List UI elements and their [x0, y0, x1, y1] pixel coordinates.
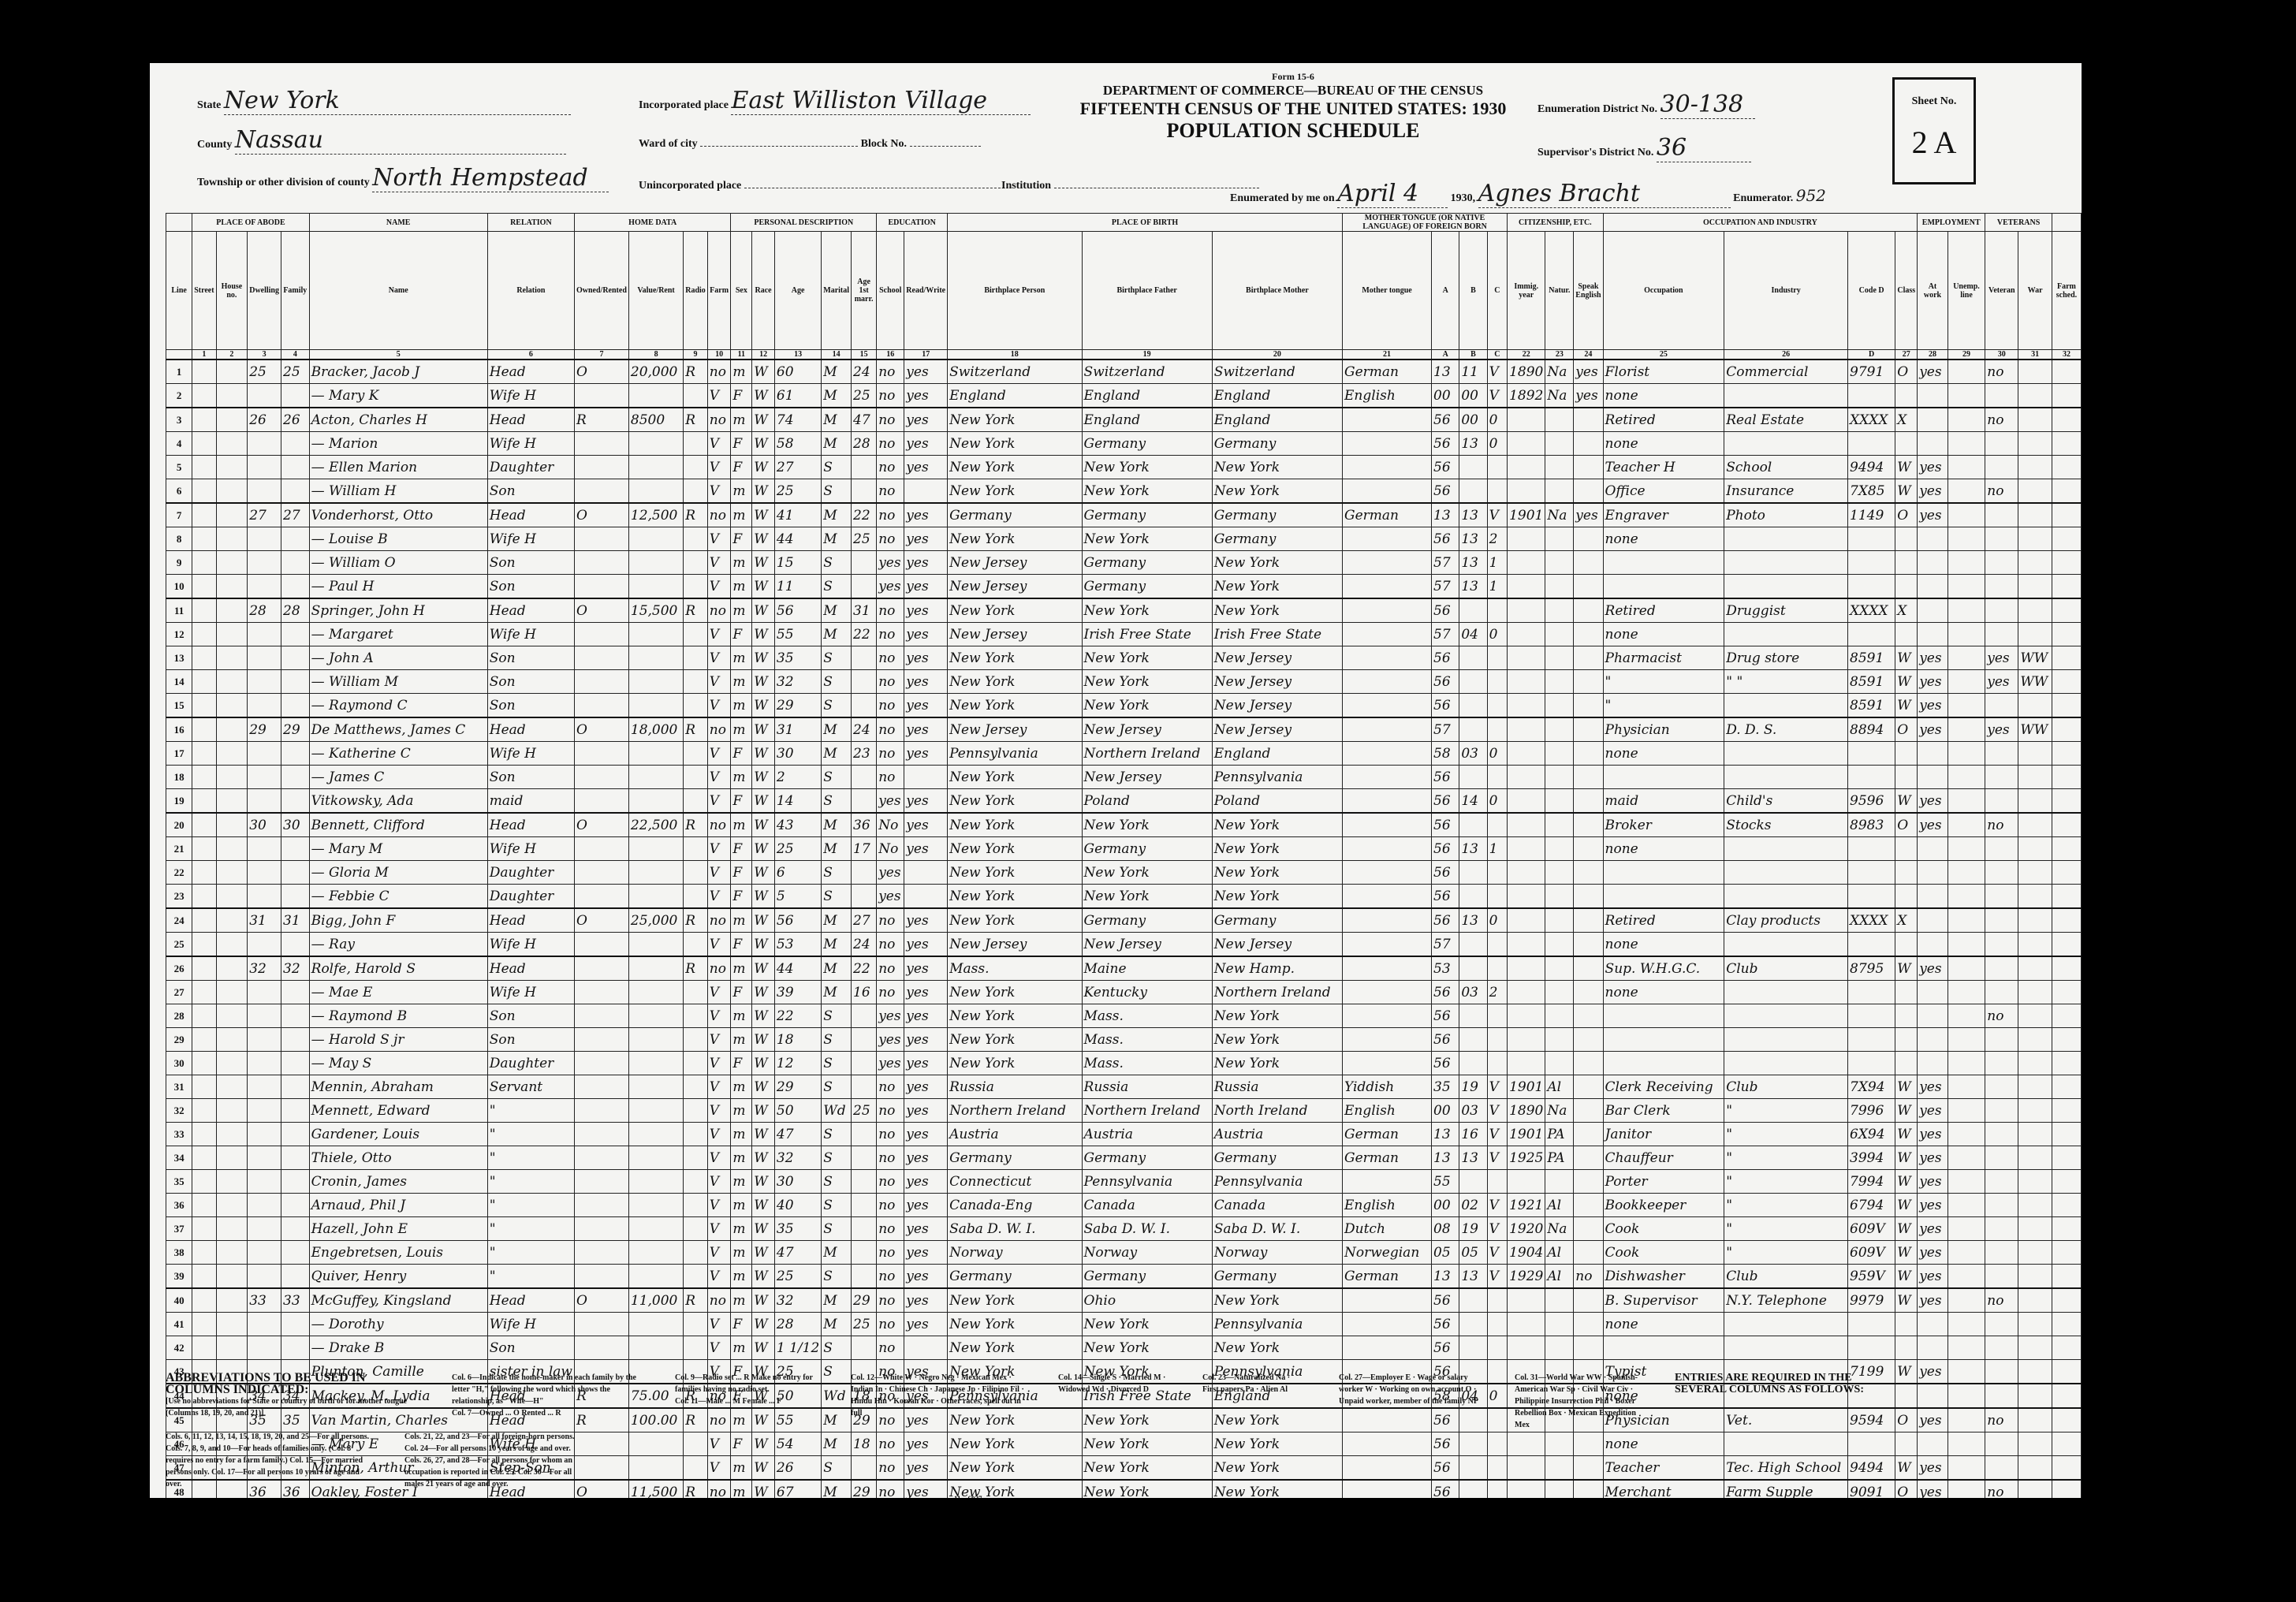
cell-name: Engebretsen, Louis: [309, 1241, 487, 1265]
cell-unemp: [1947, 646, 1985, 670]
cell-bf: Russia: [1082, 1075, 1212, 1099]
cell-imm: [1508, 885, 1545, 909]
cell-name: Bracker, Jacob J: [309, 360, 487, 384]
cell-bf: Germany: [1082, 551, 1212, 575]
cell-val: [628, 1217, 683, 1241]
cell-eng: [1574, 479, 1603, 504]
cell-sch: no: [877, 1528, 904, 1552]
cell-c: [1487, 1288, 1508, 1313]
cell-house: [216, 503, 248, 527]
cell-sex: F: [731, 981, 752, 1004]
cell-c: [1487, 1336, 1508, 1360]
cell-farmsch: [2052, 1288, 2081, 1313]
cell-tongue: German: [1343, 1123, 1432, 1146]
cell-cls: W: [1895, 789, 1918, 814]
cell-age: 29: [774, 1075, 821, 1099]
cell-war: [2018, 1288, 2052, 1313]
cell-fam: [281, 766, 310, 789]
cell-val: [628, 670, 683, 694]
cell-own: [574, 1004, 628, 1028]
cell-rw: yes: [904, 646, 948, 670]
cell-a: 56: [1432, 1313, 1459, 1336]
cell-war: [2018, 789, 2052, 814]
cell-name: — Raymond B: [309, 1004, 487, 1028]
cell-war: [2018, 1504, 2052, 1528]
cell-mar: M: [822, 360, 852, 384]
cell-bm: New York: [1212, 885, 1342, 909]
cell-farm: no: [707, 598, 731, 623]
cell-name: Bennett, Clifford: [309, 813, 487, 837]
cell-farmsch: [2052, 575, 2081, 599]
cell-radio: [684, 1004, 708, 1028]
cell-bf: New York: [1082, 813, 1212, 837]
cell-dw: [248, 1004, 281, 1028]
cell-imm: [1508, 1028, 1545, 1052]
cell-code: [1848, 623, 1895, 646]
cell-mar: S: [822, 479, 852, 504]
cell-fam: [281, 527, 310, 551]
cell-tongue: [1343, 742, 1432, 766]
cell-house: [216, 360, 248, 384]
cell-farmsch: [2052, 1265, 2081, 1289]
cell-sex: F: [731, 384, 752, 408]
cell-farm: V: [707, 933, 731, 957]
cell-val: [628, 1194, 683, 1217]
cell-farm: no: [707, 503, 731, 527]
cell-nat: [1545, 956, 1574, 981]
cell-radio: [684, 479, 708, 504]
cell-street: [192, 1099, 216, 1123]
cell-house: [216, 1075, 248, 1099]
cell-fam: 26: [281, 408, 310, 432]
cell-farm: V: [707, 527, 731, 551]
cell-street: [192, 717, 216, 742]
cell-sex: m: [731, 551, 752, 575]
cell-bf: Germany: [1082, 575, 1212, 599]
cell-unemp: [1947, 1528, 1985, 1552]
cell-own: [574, 1075, 628, 1099]
cell-farmsch: [2052, 837, 2081, 861]
cell-bf: Switzerland: [1082, 360, 1212, 384]
cell-bf: New York: [1082, 1528, 1212, 1552]
table-row: 29— Harold S jrSonVmW18SyesyesNew YorkMa…: [166, 1028, 2082, 1052]
cell-val: [628, 789, 683, 814]
ed-field: Enumeration District No. 30-138: [1537, 91, 1755, 119]
cell-cls: [1895, 575, 1918, 599]
cell-race: W: [752, 1241, 775, 1265]
cell-b: 14: [1459, 789, 1487, 814]
cell-name: Springer, John H: [309, 598, 487, 623]
cell-age: 1 1/12: [774, 1336, 821, 1360]
cell-cls: W: [1895, 1217, 1918, 1241]
cell-am: 27: [852, 908, 877, 933]
cell-age: 74: [774, 408, 821, 432]
cell-nat: Na: [1545, 1099, 1574, 1123]
cell-house: [216, 1336, 248, 1360]
cell-val: 20,000: [628, 360, 683, 384]
cell-sch: no: [877, 1123, 904, 1146]
cell-house: [216, 861, 248, 885]
cell-street: [192, 837, 216, 861]
cell-ind: School: [1724, 456, 1848, 479]
cell-imm: [1508, 479, 1545, 504]
cell-war: [2018, 456, 2052, 479]
cell-rw: yes: [904, 1241, 948, 1265]
cell-dw: 28: [248, 598, 281, 623]
column-header: Radio: [684, 232, 708, 350]
cell-rw: yes: [904, 1265, 948, 1289]
cell-rel: Wife H: [487, 742, 574, 766]
cell-work: [1918, 766, 1948, 789]
cell-ind: [1724, 384, 1848, 408]
cell-val: [628, 1504, 683, 1528]
cell-vet: [1985, 742, 2018, 766]
cell-tongue: [1343, 432, 1432, 456]
cell-sch: no: [877, 646, 904, 670]
cell-c: V: [1487, 1146, 1508, 1170]
cell-mar: S: [822, 1052, 852, 1075]
cell-bf: New York: [1082, 861, 1212, 885]
column-number: 11: [731, 350, 752, 360]
cell-occ: [1603, 766, 1724, 789]
column-header: Dwelling: [248, 232, 281, 350]
cell-eng: [1574, 598, 1603, 623]
cell-bp: New York: [948, 1052, 1082, 1075]
cell-work: yes: [1918, 789, 1948, 814]
cell-occ: [1603, 1028, 1724, 1052]
cell-farmsch: [2052, 1170, 2081, 1194]
cell-sex: m: [731, 408, 752, 432]
cell-imm: [1508, 408, 1545, 432]
cell-farm: no: [707, 813, 731, 837]
cell-name: — Milton: [309, 1528, 487, 1552]
cell-eng: [1574, 1123, 1603, 1146]
cell-sex: m: [731, 670, 752, 694]
cell-house: [216, 1265, 248, 1289]
table-row: 13— John ASonVmW35SnoyesNew YorkNew York…: [166, 646, 2082, 670]
cell-farmsch: [2052, 360, 2081, 384]
cell-own: [574, 1504, 628, 1528]
cell-work: [1918, 527, 1948, 551]
cell-name: — Paul H: [309, 575, 487, 599]
cell-val: [628, 1313, 683, 1336]
cell-war: [2018, 408, 2052, 432]
cell-house: [216, 575, 248, 599]
state-field: State New York: [197, 87, 571, 115]
line-number: 30: [166, 1052, 192, 1075]
cell-sex: F: [731, 1504, 752, 1528]
cell-fam: 27: [281, 503, 310, 527]
cell-ind: Clay products: [1724, 908, 1848, 933]
cell-house: [216, 742, 248, 766]
cell-war: [2018, 861, 2052, 885]
cell-house: [216, 789, 248, 814]
cell-val: [628, 861, 683, 885]
cell-farmsch: [2052, 479, 2081, 504]
cell-a: 00: [1432, 1194, 1459, 1217]
cell-mar: S: [822, 885, 852, 909]
cell-dw: [248, 742, 281, 766]
cell-rel: ": [487, 1146, 574, 1170]
cell-race: W: [752, 1528, 775, 1552]
cell-bf: New York: [1082, 694, 1212, 718]
cell-dw: [248, 1075, 281, 1099]
cell-own: R: [574, 408, 628, 432]
cell-work: yes: [1918, 1217, 1948, 1241]
cell-bm: New York: [1212, 598, 1342, 623]
cell-am: [852, 1123, 877, 1146]
column-number: 29: [1947, 350, 1985, 360]
cell-b: [1459, 1504, 1487, 1528]
cell-bp: New York: [948, 670, 1082, 694]
cell-age: 35: [774, 1217, 821, 1241]
line-number: 22: [166, 861, 192, 885]
cell-sch: no: [877, 408, 904, 432]
cell-c: 1: [1487, 575, 1508, 599]
cell-a: 56: [1432, 789, 1459, 814]
cell-imm: [1508, 861, 1545, 885]
cell-sch: no: [877, 360, 904, 384]
table-row: 5— Ellen MarionDaughterVFW27SnoyesNew Yo…: [166, 456, 2082, 479]
column-number: 5: [309, 350, 487, 360]
cell-bp: New York: [948, 789, 1082, 814]
cell-eng: [1574, 432, 1603, 456]
cell-cls: X: [1895, 598, 1918, 623]
cell-c: [1487, 956, 1508, 981]
cell-bp: New York: [948, 1004, 1082, 1028]
cell-vet: [1985, 1146, 2018, 1170]
line-number: 37: [166, 1217, 192, 1241]
cell-race: W: [752, 1146, 775, 1170]
column-number: 13: [774, 350, 821, 360]
cell-work: yes: [1918, 1528, 1948, 1552]
cell-a: 13: [1432, 1265, 1459, 1289]
cell-am: 23: [852, 1504, 877, 1528]
cell-imm: 1890: [1508, 360, 1545, 384]
cell-sex: m: [731, 1217, 752, 1241]
cell-war: [2018, 551, 2052, 575]
column-header: Speak English: [1574, 232, 1603, 350]
cell-radio: [684, 1194, 708, 1217]
cell-vet: [1985, 933, 2018, 957]
column-header: Line: [166, 232, 192, 350]
cell-tongue: [1343, 717, 1432, 742]
table-row: 42— Drake BSonVmW1 1/12SnoNew YorkNew Yo…: [166, 1336, 2082, 1360]
cell-unemp: [1947, 1313, 1985, 1336]
column-number: 12: [752, 350, 775, 360]
cell-c: 0: [1487, 432, 1508, 456]
cell-eng: [1574, 861, 1603, 885]
cell-rel: Head: [487, 956, 574, 981]
cell-vet: [1985, 861, 2018, 885]
cell-mar: S: [822, 694, 852, 718]
cell-war: [2018, 623, 2052, 646]
cell-rw: yes: [904, 813, 948, 837]
cell-c: 0: [1487, 623, 1508, 646]
cell-war: [2018, 1123, 2052, 1146]
cell-farm: no: [707, 408, 731, 432]
cell-own: [574, 1194, 628, 1217]
cell-nat: Al: [1545, 1194, 1574, 1217]
cell-code: [1848, 837, 1895, 861]
cell-unemp: [1947, 670, 1985, 694]
cell-war: [2018, 837, 2052, 861]
cell-nat: [1545, 885, 1574, 909]
cell-am: 22: [852, 623, 877, 646]
cell-ind: ": [1724, 1123, 1848, 1146]
cell-nat: [1545, 742, 1574, 766]
cell-cls: O: [1895, 503, 1918, 527]
cell-sch: yes: [877, 551, 904, 575]
cell-imm: [1508, 717, 1545, 742]
cell-rel: Head: [487, 717, 574, 742]
column-header: School: [877, 232, 904, 350]
cell-val: [628, 1028, 683, 1052]
cell-eng: [1574, 1528, 1603, 1552]
cell-name: — Ray: [309, 933, 487, 957]
cell-sex: m: [731, 1004, 752, 1028]
cell-race: W: [752, 885, 775, 909]
line-number: 4: [166, 432, 192, 456]
cell-street: [192, 646, 216, 670]
cell-farm: V: [707, 1028, 731, 1052]
cell-bf: Poland: [1082, 789, 1212, 814]
cell-mar: M: [822, 503, 852, 527]
line-number: 21: [166, 837, 192, 861]
column-number: 10: [707, 350, 731, 360]
cell-mar: S: [822, 789, 852, 814]
cell-occ: none: [1603, 1504, 1724, 1528]
cell-ind: [1724, 933, 1848, 957]
cell-race: W: [752, 1313, 775, 1336]
cell-mar: S: [822, 1123, 852, 1146]
cell-war: [2018, 742, 2052, 766]
column-header: Natur.: [1545, 232, 1574, 350]
cell-ind: [1724, 1028, 1848, 1052]
cell-occ: maid: [1603, 789, 1724, 814]
cell-work: [1918, 1313, 1948, 1336]
cell-farm: V: [707, 1313, 731, 1336]
cell-rel: Wife H: [487, 1504, 574, 1528]
cell-cls: W: [1895, 670, 1918, 694]
cell-cls: W: [1895, 1194, 1918, 1217]
cell-a: 56: [1432, 646, 1459, 670]
cell-code: [1848, 551, 1895, 575]
cell-am: 24: [852, 717, 877, 742]
cell-mar: S: [822, 1336, 852, 1360]
cell-farmsch: [2052, 1194, 2081, 1217]
cell-ind: ": [1724, 1194, 1848, 1217]
cell-c: [1487, 1313, 1508, 1336]
enumerator-name: Agnes Bracht: [1478, 180, 1731, 208]
cell-name: — Louise B: [309, 527, 487, 551]
cell-rw: yes: [904, 1194, 948, 1217]
cell-race: W: [752, 956, 775, 981]
cell-a: 56: [1432, 598, 1459, 623]
cell-radio: [684, 646, 708, 670]
cell-vet: [1985, 1123, 2018, 1146]
cell-sch: no: [877, 1241, 904, 1265]
cell-ind: [1724, 742, 1848, 766]
cell-own: [574, 670, 628, 694]
cell-nat: [1545, 456, 1574, 479]
cell-bm: England: [1212, 742, 1342, 766]
cell-b: 03: [1459, 1099, 1487, 1123]
cell-age: 44: [774, 956, 821, 981]
table-row: 4— MarionWife HVFW58M28noyesNew YorkGerm…: [166, 432, 2082, 456]
cell-imm: 1901: [1508, 1075, 1545, 1099]
cell-unemp: [1947, 1265, 1985, 1289]
ed-value: 30-138: [1660, 91, 1755, 119]
cell-radio: [684, 1504, 708, 1528]
cell-tongue: [1343, 766, 1432, 789]
cell-unemp: [1947, 1004, 1985, 1028]
table-row: 2— Mary KWife HVFW61M25noyesEnglandEngla…: [166, 384, 2082, 408]
cell-c: [1487, 694, 1508, 718]
cell-eng: [1574, 908, 1603, 933]
column-header: Race: [752, 232, 775, 350]
cell-fam: [281, 1265, 310, 1289]
cell-rw: yes: [904, 1146, 948, 1170]
cell-mar: S: [822, 670, 852, 694]
table-row: 36Arnaud, Phil J"VmW40SnoyesCanada-EngCa…: [166, 1194, 2082, 1217]
cell-nat: Na: [1545, 1217, 1574, 1241]
cell-rel: Son: [487, 670, 574, 694]
cell-race: W: [752, 1504, 775, 1528]
cell-b: 13: [1459, 432, 1487, 456]
cell-occ: Dishwasher: [1603, 1265, 1724, 1289]
table-row: 30— May SDaughterVFW12SyesyesNew YorkMas…: [166, 1052, 2082, 1075]
line-number: 18: [166, 766, 192, 789]
cell-farm: V: [707, 432, 731, 456]
cell-work: [1918, 908, 1948, 933]
cell-farm: V: [707, 551, 731, 575]
cell-age: 32: [774, 670, 821, 694]
cell-a: 56: [1432, 766, 1459, 789]
cell-age: 22: [774, 1528, 821, 1552]
cell-name: — James C: [309, 766, 487, 789]
cell-bp: Mass.: [948, 956, 1082, 981]
cell-tongue: [1343, 1504, 1432, 1528]
cell-unemp: [1947, 503, 1985, 527]
cell-vet: no: [1985, 1004, 2018, 1028]
cell-b: [1459, 694, 1487, 718]
table-row: 32626Acton, Charles HHeadR8500RnomW74M47…: [166, 408, 2082, 432]
cell-age: 31: [774, 717, 821, 742]
cell-imm: [1508, 694, 1545, 718]
cell-eng: [1574, 1170, 1603, 1194]
cell-name: — Drake B: [309, 1336, 487, 1360]
cell-farmsch: [2052, 789, 2081, 814]
cell-occ: Engraver: [1603, 503, 1724, 527]
cell-val: 18,000: [628, 717, 683, 742]
cell-farmsch: [2052, 623, 2081, 646]
column-number: 14: [822, 350, 852, 360]
cell-rel: Son: [487, 1004, 574, 1028]
cell-unemp: [1947, 908, 1985, 933]
cell-tongue: [1343, 789, 1432, 814]
cell-age: 40: [774, 1194, 821, 1217]
cell-mar: M: [822, 837, 852, 861]
cell-mar: M: [822, 408, 852, 432]
cell-mar: M: [822, 908, 852, 933]
cell-rw: yes: [904, 503, 948, 527]
cell-ind: Stocks: [1724, 813, 1848, 837]
cell-eng: [1574, 956, 1603, 981]
cell-c: 0: [1487, 789, 1508, 814]
cell-code: 1149: [1848, 503, 1895, 527]
form-title: Form 15-6 DEPARTMENT OF COMMERCE—BUREAU …: [1057, 71, 1530, 143]
